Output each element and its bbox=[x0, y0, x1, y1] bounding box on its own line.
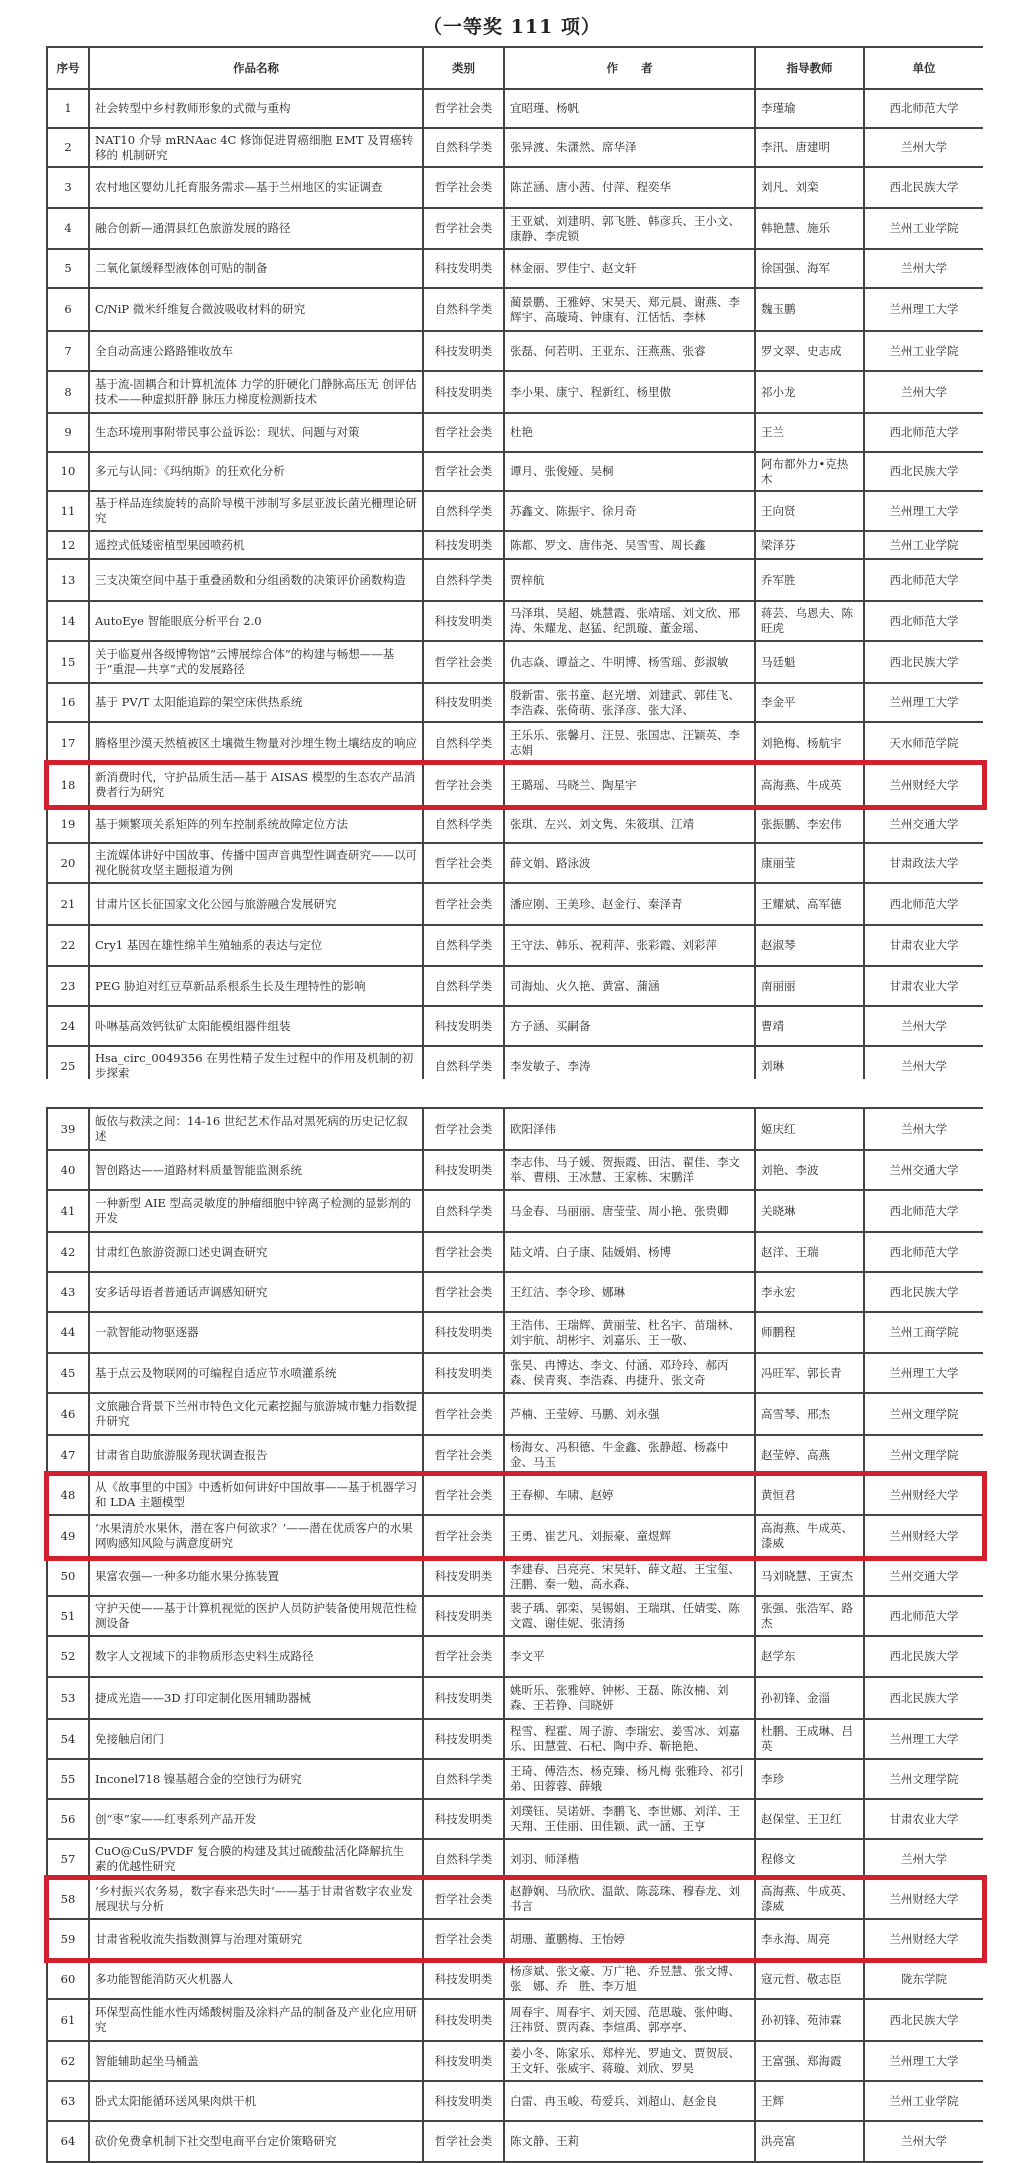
award-table-section-1: 序号 作品名称 类别 作 者 指导教师 单位 1社会转型中乡村教师形象的式微与重… bbox=[46, 46, 983, 1079]
row-unit: 甘肃农业大学 bbox=[864, 1799, 983, 1839]
row-unit-text: 甘肃政法大学 bbox=[870, 856, 978, 871]
row-authors: 张磊、何若明、王亚东、汪燕燕、张睿 bbox=[504, 331, 755, 371]
row-category-text: 科技发明类 bbox=[426, 1691, 501, 1706]
row-unit-text: 兰州理工大学 bbox=[870, 1366, 978, 1381]
row-teacher: 高海燕、牛成英、漆威 bbox=[755, 1515, 864, 1557]
row-category-text: 自然科学类 bbox=[426, 979, 501, 994]
row-title: 捷成光造——3D 打印定制化医用辅助器械 bbox=[89, 1677, 423, 1719]
table-row: 62智能辅助起坐马桶盖科技发明类姜小冬、陈家乐、郑梓光、罗迪文、贾贺辰、王文轩、… bbox=[47, 2041, 983, 2081]
table-row: 14AutoEye 智能眼底分析平台 2.0科技发明类马泽琪、吴超、姚慧霞、张靖… bbox=[47, 601, 983, 641]
row-teacher-text: 李汛、唐建明 bbox=[761, 140, 858, 155]
row-unit-text: 兰州工业学院 bbox=[870, 344, 978, 359]
row-category: 科技发明类 bbox=[423, 683, 504, 722]
row-teacher: 阿布都外力•克热木 bbox=[755, 452, 864, 491]
row-teacher: 徐国强、海军 bbox=[755, 249, 864, 288]
row-unit: 兰州文理学院 bbox=[864, 1393, 983, 1435]
row-teacher: 杜鹏、王成琳、吕英 bbox=[755, 1719, 864, 1759]
row-title-text: 卧式太阳能循环送风果肉烘干机 bbox=[95, 2094, 417, 2109]
row-authors-text: 方子涵、买嗣备 bbox=[510, 1019, 749, 1034]
row-title-text: 一种新型 AIE 型高灵敏度的肿瘤细胞中锌离子检测的显影剂的开发 bbox=[95, 1196, 417, 1226]
row-title-text: 智创路达——道路材料质量智能监测系统 bbox=[95, 1163, 417, 1178]
row-category: 自然科学类 bbox=[423, 806, 504, 843]
row-title: Cry1 基因在雄性绵羊生殖轴系的表达与定位 bbox=[89, 925, 423, 966]
row-authors: 杜艳 bbox=[504, 413, 755, 452]
row-category: 自然科学类 bbox=[423, 1759, 504, 1799]
table-row: 15关于临夏州各级博物馆“云博展综合体”的构建与畅想——基于“重混—共享”式的发… bbox=[47, 641, 983, 683]
row-title: PEG 胁迫对红豆草新品系根系生长及生理特性的影响 bbox=[89, 966, 423, 1006]
row-unit-text: 兰州大学 bbox=[870, 1059, 978, 1074]
row-unit-text: 西北师范大学 bbox=[870, 1245, 978, 1260]
row-title: 甘肃红色旅游资源口述史调查研究 bbox=[89, 1232, 423, 1272]
table-row: 11基于样品连续旋转的高阶导模干涉制写多层亚波长菌光栅理论研究自然科学类苏鑫文、… bbox=[47, 491, 983, 531]
row-teacher-text: 罗文翠、史志成 bbox=[761, 344, 858, 359]
row-seq-text: 57 bbox=[48, 1852, 88, 1867]
row-unit: 兰州大学 bbox=[864, 1046, 983, 1079]
row-authors: 王浩伟、王瑞辉、黄丽莹、杜名宇、苗瑞林、刘宇航、胡彬宇、刘嘉乐、王一敬、 bbox=[504, 1312, 755, 1353]
row-seq: 11 bbox=[47, 491, 89, 531]
row-authors-text: 李志伟、马子媛、贺振霞、田洁、翟佳、李文举、曹栩、王冰慧、王家栋、宋鹏洋 bbox=[510, 1155, 749, 1185]
table-row: 60多功能智能消防灭火机器人科技发明类杨彦斌、张文豪、万广艳、乔昱慧、张文博、张… bbox=[47, 1959, 983, 1999]
row-teacher: 冯旺军、郭长青 bbox=[755, 1353, 864, 1393]
table-row: 7全自动高速公路路锥收放车科技发明类张磊、何若明、王亚东、汪燕燕、张睿罗文翠、史… bbox=[47, 331, 983, 371]
row-unit-text: 兰州理工大学 bbox=[870, 1732, 978, 1747]
table-row: 6C/NiP 微米纤维复合微波吸收材料的研究自然科学类蔺景鹏、王雅婷、宋昊天、郑… bbox=[47, 288, 983, 331]
row-authors-text: 周春宇、周春宇、刘天园、范思璇、张仲晦、汪祎贤、贾丙森、李煊禹、郭亭亭、 bbox=[510, 2005, 749, 2035]
row-unit: 兰州大学 bbox=[864, 2121, 983, 2162]
row-title-text: 基于流-固耦合和计算机流体 力学的肝硬化门静脉高压无 创评估技术——种虚拟肝静 … bbox=[95, 377, 417, 407]
row-unit-text: 西北师范大学 bbox=[870, 425, 978, 440]
row-category: 自然科学类 bbox=[423, 491, 504, 531]
row-teacher: 王辉 bbox=[755, 2081, 864, 2121]
row-unit: 兰州财经大学 bbox=[864, 1919, 983, 1959]
row-teacher-text: 乔军胜 bbox=[761, 573, 858, 588]
row-seq-text: 49 bbox=[48, 1529, 88, 1544]
table-row: 41一种新型 AIE 型高灵敏度的肿瘤细胞中锌离子检测的显影剂的开发自然科学类马… bbox=[47, 1190, 983, 1232]
row-category-text: 科技发明类 bbox=[426, 1163, 501, 1178]
row-teacher: 师鹏程 bbox=[755, 1312, 864, 1353]
row-teacher-text: 孙初锋、金淄 bbox=[761, 1691, 858, 1706]
row-authors: 周春宇、周春宇、刘天园、范思璇、张仲晦、汪祎贤、贾丙森、李煊禹、郭亭亭、 bbox=[504, 1999, 755, 2041]
row-teacher: 赵学东 bbox=[755, 1636, 864, 1677]
row-authors-text: 王春柳、车啸、赵婷 bbox=[510, 1488, 749, 1503]
row-category-text: 自然科学类 bbox=[426, 1772, 501, 1787]
row-seq-text: 8 bbox=[48, 385, 88, 400]
table-row: 5二氧化氯缓释型液体创可贴的制备科技发明类林金丽、罗佳宁、赵文轩徐国强、海军兰州… bbox=[47, 249, 983, 288]
table-row: 4融合创新—通渭县红色旅游发展的路径哲学社会类王亚斌、刘建明、郭飞胜、韩彦兵、王… bbox=[47, 208, 983, 249]
row-seq-text: 45 bbox=[48, 1366, 88, 1381]
row-unit-text: 西北师范大学 bbox=[870, 897, 978, 912]
row-unit: 兰州工业学院 bbox=[864, 208, 983, 249]
row-teacher: 张振鹏、李宏伟 bbox=[755, 806, 864, 843]
table-row: 63卧式太阳能循环送风果肉烘干机科技发明类白雷、冉玉峻、苟爱兵、刘超山、赵金良王… bbox=[47, 2081, 983, 2121]
row-seq: 44 bbox=[47, 1312, 89, 1353]
row-teacher: 韩艳慧、施乐 bbox=[755, 208, 864, 249]
row-seq: 59 bbox=[47, 1919, 89, 1959]
row-category-text: 科技发明类 bbox=[426, 2013, 501, 2028]
row-seq-text: 1 bbox=[48, 101, 88, 116]
row-title-text: 全自动高速公路路锥收放车 bbox=[95, 344, 417, 359]
table-row: 51守护天使——基于计算机视觉的医护人员防护装备使用规范性检测设备科技发明类裴子… bbox=[47, 1596, 983, 1636]
row-title: 基于流-固耦合和计算机流体 力学的肝硬化门静脉高压无 创评估技术——种虚拟肝静 … bbox=[89, 371, 423, 413]
row-seq-text: 61 bbox=[48, 2013, 88, 2028]
row-category-text: 自然科学类 bbox=[426, 736, 501, 751]
row-teacher-text: 关晓琳 bbox=[761, 1204, 858, 1219]
row-authors: 芦楠、王莹婷、马鹏、刘永强 bbox=[504, 1393, 755, 1435]
row-category: 自然科学类 bbox=[423, 925, 504, 966]
row-title-text: 生态环境刑事附带民事公益诉讼：现状、问题与对策 bbox=[95, 425, 417, 440]
row-unit-text: 兰州文理学院 bbox=[870, 1772, 978, 1787]
row-seq-text: 64 bbox=[48, 2134, 88, 2149]
row-authors-text: 陆文靖、白子康、陆媛娟、杨博 bbox=[510, 1245, 749, 1260]
row-unit-text: 兰州工业学院 bbox=[870, 221, 978, 236]
row-teacher: 赵洋、王瑞 bbox=[755, 1232, 864, 1272]
row-authors-text: 王乐乐、张馨月、汪昱、张国忠、汪颖英、李志娟 bbox=[510, 728, 749, 758]
row-category: 科技发明类 bbox=[423, 601, 504, 641]
table-row: 9生态环境刑事附带民事公益诉讼：现状、问题与对策哲学社会类杜艳王兰西北师范大学 bbox=[47, 413, 983, 452]
row-teacher-text: 康丽莹 bbox=[761, 856, 858, 871]
row-teacher-text: 韩艳慧、施乐 bbox=[761, 221, 858, 236]
row-teacher: 李珍 bbox=[755, 1759, 864, 1799]
table-row: 2NAT10 介导 mRNAac 4C 修饰促进胃癌细胞 EMT 及胃癌转移的 … bbox=[47, 128, 983, 167]
row-title: 一款智能动物驱逐器 bbox=[89, 1312, 423, 1353]
row-unit-text: 西北师范大学 bbox=[870, 614, 978, 629]
row-category-text: 哲学社会类 bbox=[426, 1488, 501, 1503]
row-teacher-text: 徐国强、海军 bbox=[761, 261, 858, 276]
column-header-title: 作品名称 bbox=[89, 47, 423, 89]
row-authors: 张琪、左兴、刘文隽、朱筱琪、江靖 bbox=[504, 806, 755, 843]
row-unit: 兰州大学 bbox=[864, 1839, 983, 1879]
table-row: 8基于流-固耦合和计算机流体 力学的肝硬化门静脉高压无 创评估技术——种虚拟肝静… bbox=[47, 371, 983, 413]
row-title-text: 皈依与救渎之间：14-16 世纪艺术作品对黑死病的历史记忆叙述 bbox=[95, 1114, 417, 1144]
row-authors: 杨海女、冯积德、牛金鑫、张静超、杨淼中金、马玉 bbox=[504, 1435, 755, 1475]
row-seq: 41 bbox=[47, 1190, 89, 1232]
row-title-text: 守护天使——基于计算机视觉的医护人员防护装备使用规范性检测设备 bbox=[95, 1601, 417, 1631]
row-category-text: 自然科学类 bbox=[426, 1852, 501, 1867]
row-title-text: 基于频繁项关系矩阵的列车控制系统故障定位方法 bbox=[95, 817, 417, 832]
row-authors-text: 王勇、崔艺凡、刘振豪、童煜辉 bbox=[510, 1529, 749, 1544]
row-authors: 马泽琪、吴超、姚慧霞、张靖瑶、刘文欣、邢涛、朱耀龙、赵猛、纪凯璇、董金瑶、 bbox=[504, 601, 755, 641]
row-seq: 14 bbox=[47, 601, 89, 641]
row-category: 科技发明类 bbox=[423, 1596, 504, 1636]
row-authors-text: 王琦、傅浩杰、杨克臻、杨凡梅 张雅玲、祁引弟、田蓉蓉、薛娥 bbox=[510, 1764, 749, 1794]
row-unit: 陇东学院 bbox=[864, 1959, 983, 1999]
row-authors-text: 胡珊、董鹏梅、王怡婷 bbox=[510, 1932, 749, 1947]
row-title-text: 农村地区婴幼儿托育服务需求—基于兰州地区的实证调查 bbox=[95, 180, 417, 195]
row-authors: 刘羽、师泽楷 bbox=[504, 1839, 755, 1879]
row-teacher-text: 寇元哲、敬志臣 bbox=[761, 1972, 858, 1987]
row-unit-text: 兰州工业学院 bbox=[870, 2094, 978, 2109]
row-teacher: 关晓琳 bbox=[755, 1190, 864, 1232]
row-category-text: 科技发明类 bbox=[426, 1019, 501, 1034]
row-category: 哲学社会类 bbox=[423, 1108, 504, 1150]
row-title: 基于点云及物联网的可编程自适应节水喷灌系统 bbox=[89, 1353, 423, 1393]
row-seq: 43 bbox=[47, 1272, 89, 1312]
row-authors: 欧阳泽伟 bbox=[504, 1108, 755, 1150]
row-unit: 兰州财经大学 bbox=[864, 1515, 983, 1557]
row-title: 卟啉基高效钙钛矿太阳能模组器件组装 bbox=[89, 1006, 423, 1046]
row-category: 哲学社会类 bbox=[423, 1232, 504, 1272]
row-title: 融合创新—通渭县红色旅游发展的路径 bbox=[89, 208, 423, 249]
row-seq: 57 bbox=[47, 1839, 89, 1879]
table-row: 55Inconel718 镍基超合金的空蚀行为研究自然科学类王琦、傅浩杰、杨克臻… bbox=[47, 1759, 983, 1799]
row-category: 哲学社会类 bbox=[423, 843, 504, 883]
row-title: 智能辅助起坐马桶盖 bbox=[89, 2041, 423, 2081]
row-title: 甘肃省税收流失指数测算与治理对策研究 bbox=[89, 1919, 423, 1959]
row-seq: 4 bbox=[47, 208, 89, 249]
row-title: 腾格里沙漠天然植被区土壤微生物量对沙埋生物土壤结皮的响应 bbox=[89, 722, 423, 764]
row-category-text: 哲学社会类 bbox=[426, 1649, 501, 1664]
row-authors-text: 司海灿、火久艳、黄富、蒲涵 bbox=[510, 979, 749, 994]
row-seq: 39 bbox=[47, 1108, 89, 1150]
row-teacher-text: 蒋芸、乌恩夫、陈旺虎 bbox=[761, 606, 858, 636]
row-category: 哲学社会类 bbox=[423, 1475, 504, 1515]
row-seq: 9 bbox=[47, 413, 89, 452]
row-category: 哲学社会类 bbox=[423, 452, 504, 491]
row-teacher-text: 洪亮富 bbox=[761, 2134, 858, 2149]
row-authors-text: 李建春、吕亮亮、宋昊轩、薛文超、王宝玺、汪鹏、秦一勉、高永森、 bbox=[510, 1562, 749, 1592]
row-title-text: 甘肃省税收流失指数测算与治理对策研究 bbox=[95, 1932, 417, 1947]
row-title-text: Inconel718 镍基超合金的空蚀行为研究 bbox=[95, 1772, 417, 1787]
row-title: 生态环境刑事附带民事公益诉讼：现状、问题与对策 bbox=[89, 413, 423, 452]
row-seq: 10 bbox=[47, 452, 89, 491]
row-unit: 兰州文理学院 bbox=[864, 1435, 983, 1475]
row-authors-text: 张琪、左兴、刘文隽、朱筱琪、江靖 bbox=[510, 817, 749, 832]
row-unit: 西北民族大学 bbox=[864, 1999, 983, 2041]
row-title-text: 甘肃红色旅游资源口述史调查研究 bbox=[95, 1245, 417, 1260]
row-authors-text: 张异渡、朱潇然、席华泽 bbox=[510, 140, 749, 155]
row-seq-text: 20 bbox=[48, 856, 88, 871]
award-table-section-2: 39皈依与救渎之间：14-16 世纪艺术作品对黑死病的历史记忆叙述哲学社会类欧阳… bbox=[46, 1107, 983, 2163]
row-seq-text: 17 bbox=[48, 736, 88, 751]
row-seq: 20 bbox=[47, 843, 89, 883]
row-seq-text: 52 bbox=[48, 1649, 88, 1664]
row-teacher: 梁泽芬 bbox=[755, 531, 864, 559]
row-teacher: 李汛、唐建明 bbox=[755, 128, 864, 167]
table-row: 16基于 PV/T 太阳能追踪的架空床供热系统科技发明类殷新雷、张书童、赵光增、… bbox=[47, 683, 983, 722]
row-unit-text: 西北民族大学 bbox=[870, 1691, 978, 1706]
row-unit: 兰州大学 bbox=[864, 371, 983, 413]
row-teacher-text: 高海燕、牛成英 bbox=[761, 778, 858, 793]
row-seq-text: 2 bbox=[48, 140, 88, 155]
row-unit-text: 西北师范大学 bbox=[870, 1204, 978, 1219]
table-row: 12遥控式低矮密植型果园喷药机科技发明类陈都、罗文、唐伟尧、吴雪雪、周长鑫梁泽芬… bbox=[47, 531, 983, 559]
row-seq: 54 bbox=[47, 1719, 89, 1759]
row-category-text: 哲学社会类 bbox=[426, 655, 501, 670]
row-teacher: 南丽丽 bbox=[755, 966, 864, 1006]
row-category-text: 科技发明类 bbox=[426, 2094, 501, 2109]
table-row: 20主流媒体讲好中国故事、传播中国声音典型性调查研究——以可视化脱贫攻坚主题报道… bbox=[47, 843, 983, 883]
row-teacher-text: 赵淑琴 bbox=[761, 938, 858, 953]
row-teacher-text: 高海燕、牛成英、漆威 bbox=[761, 1521, 858, 1551]
row-seq: 19 bbox=[47, 806, 89, 843]
row-category-text: 科技发明类 bbox=[426, 614, 501, 629]
row-unit: 西北民族大学 bbox=[864, 1636, 983, 1677]
row-unit-text: 兰州理工大学 bbox=[870, 695, 978, 710]
row-category-text: 科技发明类 bbox=[426, 538, 501, 553]
row-unit: 兰州大学 bbox=[864, 249, 983, 288]
row-seq-text: 15 bbox=[48, 655, 88, 670]
row-unit-text: 兰州大学 bbox=[870, 1122, 978, 1137]
row-authors-text: 王红洁、李令珍、娜琳 bbox=[510, 1285, 749, 1300]
row-seq: 5 bbox=[47, 249, 89, 288]
row-authors: 林金丽、罗佳宁、赵文轩 bbox=[504, 249, 755, 288]
row-category: 哲学社会类 bbox=[423, 764, 504, 806]
row-authors: 王勇、崔艺凡、刘振豪、童煜辉 bbox=[504, 1515, 755, 1557]
row-teacher: 李永宏 bbox=[755, 1272, 864, 1312]
row-authors: 赵静娴、马欣欣、温歆、陈蕊珠、穆春龙、刘书言 bbox=[504, 1879, 755, 1919]
row-authors-text: 张磊、何若明、王亚东、汪燕燕、张睿 bbox=[510, 344, 749, 359]
row-title-text: Cry1 基因在雄性绵羊生殖轴系的表达与定位 bbox=[95, 938, 417, 953]
row-title: ‘乡村振兴农务易，数字春来恐失时’——基于甘肃省数字农业发展现状与分析 bbox=[89, 1879, 423, 1919]
row-category-text: 科技发明类 bbox=[426, 1569, 501, 1584]
row-title: 皈依与救渎之间：14-16 世纪艺术作品对黑死病的历史记忆叙述 bbox=[89, 1108, 423, 1150]
row-category-text: 自然科学类 bbox=[426, 504, 501, 519]
row-unit: 兰州理工大学 bbox=[864, 2041, 983, 2081]
row-teacher: 高海燕、牛成英、漆威 bbox=[755, 1879, 864, 1919]
row-unit-text: 西北师范大学 bbox=[870, 573, 978, 588]
row-category: 哲学社会类 bbox=[423, 1435, 504, 1475]
table-row: 23PEG 胁迫对红豆草新品系根系生长及生理特性的影响自然科学类司海灿、火久艳、… bbox=[47, 966, 983, 1006]
row-unit-text: 西北民族大学 bbox=[870, 1649, 978, 1664]
row-authors: 胡珊、董鹏梅、王怡婷 bbox=[504, 1919, 755, 1959]
row-unit-text: 西北师范大学 bbox=[870, 1609, 978, 1624]
row-title: C/NiP 微米纤维复合微波吸收材料的研究 bbox=[89, 288, 423, 331]
row-unit: 甘肃政法大学 bbox=[864, 843, 983, 883]
row-authors-text: 马金春、马丽丽、唐莹莹、周小艳、张贵卿 bbox=[510, 1204, 749, 1219]
row-teacher-text: 曹靖 bbox=[761, 1019, 858, 1034]
row-authors: 潘应刚、王美珍、赵金行、秦泽青 bbox=[504, 883, 755, 925]
row-category: 哲学社会类 bbox=[423, 413, 504, 452]
row-teacher-text: 冯旺军、郭长青 bbox=[761, 1366, 858, 1381]
row-unit-text: 兰州理工大学 bbox=[870, 302, 978, 317]
row-teacher-text: 刘琳 bbox=[761, 1059, 858, 1074]
row-teacher: 李瑾瑜 bbox=[755, 89, 864, 128]
row-title-text: AutoEye 智能眼底分析平台 2.0 bbox=[95, 614, 417, 629]
row-title-text: PEG 胁迫对红豆草新品系根系生长及生理特性的影响 bbox=[95, 979, 417, 994]
row-title-text: 融合创新—通渭县红色旅游发展的路径 bbox=[95, 221, 417, 236]
table-row: 21甘肃片区长征国家文化公园与旅游融合发展研究哲学社会类潘应刚、王美珍、赵金行、… bbox=[47, 883, 983, 925]
award-table: 序号 作品名称 类别 作 者 指导教师 单位 1社会转型中乡村教师形象的式微与重… bbox=[46, 46, 983, 1079]
table-row: 25Hsa_circ_0049356 在男性精子发生过程中的作用及机制的初步探索… bbox=[47, 1046, 983, 1079]
row-teacher-text: 高雪琴、邢杰 bbox=[761, 1407, 858, 1422]
row-teacher: 王耀斌、高军德 bbox=[755, 883, 864, 925]
row-category: 科技发明类 bbox=[423, 1677, 504, 1719]
row-teacher: 程修文 bbox=[755, 1839, 864, 1879]
row-title: CuO@CuS/PVDF 复合膜的构建及其过硫酸盐活化降解抗生 素的优越性研究 bbox=[89, 1839, 423, 1879]
row-category: 哲学社会类 bbox=[423, 2121, 504, 2162]
row-authors-text: 刘羽、师泽楷 bbox=[510, 1852, 749, 1867]
row-seq-text: 55 bbox=[48, 1772, 88, 1787]
row-unit-text: 兰州大学 bbox=[870, 1019, 978, 1034]
row-title: 卧式太阳能循环送风果肉烘干机 bbox=[89, 2081, 423, 2121]
row-category-text: 哲学社会类 bbox=[426, 856, 501, 871]
row-unit-text: 西北民族大学 bbox=[870, 180, 978, 195]
row-teacher: 刘凡、刘栾 bbox=[755, 167, 864, 208]
row-category-text: 自然科学类 bbox=[426, 573, 501, 588]
row-seq-text: 51 bbox=[48, 1609, 88, 1624]
row-title-text: 创“枣”家——红枣系列产品开发 bbox=[95, 1812, 417, 1827]
row-authors-text: 蔺景鹏、王雅婷、宋昊天、郑元晨、谢燕、李辉宇、高璇琦、钟康有、江恬恬、李林 bbox=[510, 295, 749, 325]
row-seq: 42 bbox=[47, 1232, 89, 1272]
row-seq-text: 16 bbox=[48, 695, 88, 710]
row-unit-text: 西北民族大学 bbox=[870, 2013, 978, 2028]
row-title-text: 免接触启闭门 bbox=[95, 1732, 417, 1747]
row-title: NAT10 介导 mRNAac 4C 修饰促进胃癌细胞 EMT 及胃癌转移的 机… bbox=[89, 128, 423, 167]
row-category-text: 自然科学类 bbox=[426, 140, 501, 155]
row-authors-text: 贾梓航 bbox=[510, 573, 749, 588]
row-category: 自然科学类 bbox=[423, 288, 504, 331]
row-seq: 24 bbox=[47, 1006, 89, 1046]
row-unit-text: 兰州财经大学 bbox=[870, 1932, 978, 1947]
row-authors: 谭月、张俊娅、吴桐 bbox=[504, 452, 755, 491]
row-title-text: 果富农强—一种多功能水果分拣装置 bbox=[95, 1569, 417, 1584]
row-authors: 陈文静、王莉 bbox=[504, 2121, 755, 2162]
row-title-text: 基于 PV/T 太阳能追踪的架空床供热系统 bbox=[95, 695, 417, 710]
table-row: 44一款智能动物驱逐器科技发明类王浩伟、王瑞辉、黄丽莹、杜名宇、苗瑞林、刘宇航、… bbox=[47, 1312, 983, 1353]
row-seq: 16 bbox=[47, 683, 89, 722]
row-category: 自然科学类 bbox=[423, 1046, 504, 1079]
table-row: 1社会转型中乡村教师形象的式微与重构哲学社会类宜昭瑾、杨帆李瑾瑜西北师范大学 bbox=[47, 89, 983, 128]
row-title-text: 主流媒体讲好中国故事、传播中国声音典型性调查研究——以可视化脱贫攻坚主题报道为例 bbox=[95, 848, 417, 878]
row-title: 基于频繁项关系矩阵的列车控制系统故障定位方法 bbox=[89, 806, 423, 843]
row-teacher-text: 王耀斌、高军德 bbox=[761, 897, 858, 912]
row-unit-text: 天水师范学院 bbox=[870, 736, 978, 751]
row-title: 基于 PV/T 太阳能追踪的架空床供热系统 bbox=[89, 683, 423, 722]
row-category-text: 哲学社会类 bbox=[426, 1245, 501, 1260]
row-category-text: 自然科学类 bbox=[426, 1204, 501, 1219]
row-teacher: 马刘晓慧、王寅杰 bbox=[755, 1557, 864, 1596]
table-row: 45基于点云及物联网的可编程自适应节水喷灌系统科技发明类张昊、冉博达、李文、付涵… bbox=[47, 1353, 983, 1393]
row-teacher-text: 李永宏 bbox=[761, 1285, 858, 1300]
row-unit: 西北师范大学 bbox=[864, 1596, 983, 1636]
row-teacher: 洪亮富 bbox=[755, 2121, 864, 2162]
row-title-text: 砍价免费拿机制下社交型电商平台定价策略研究 bbox=[95, 2134, 417, 2149]
row-teacher-text: 马刘晓慧、王寅杰 bbox=[761, 1569, 858, 1584]
row-authors: 苏鑫文、陈振宇、徐月奇 bbox=[504, 491, 755, 531]
row-category-text: 科技发明类 bbox=[426, 695, 501, 710]
row-unit: 兰州理工大学 bbox=[864, 288, 983, 331]
row-teacher-text: 南丽丽 bbox=[761, 979, 858, 994]
row-authors: 陈都、罗文、唐伟尧、吴雪雪、周长鑫 bbox=[504, 531, 755, 559]
row-authors-text: 宜昭瑾、杨帆 bbox=[510, 101, 749, 116]
row-teacher: 罗文翠、史志成 bbox=[755, 331, 864, 371]
row-teacher: 刘琳 bbox=[755, 1046, 864, 1079]
row-authors-text: 欧阳泽伟 bbox=[510, 1122, 749, 1137]
row-seq: 25 bbox=[47, 1046, 89, 1079]
row-title-text: 从《故事里的中国》中透析如何讲好中国故事——基于机器学习和 LDA 主题模型 bbox=[95, 1480, 417, 1510]
row-teacher: 高海燕、牛成英 bbox=[755, 764, 864, 806]
row-authors: 陈芷涵、唐小茜、付萍、程奕华 bbox=[504, 167, 755, 208]
row-authors: 王亚斌、刘建明、郭飞胜、韩彦兵、王小文、康静、李虎锁 bbox=[504, 208, 755, 249]
row-seq: 46 bbox=[47, 1393, 89, 1435]
row-title-text: 二氧化氯缓释型液体创可贴的制备 bbox=[95, 261, 417, 276]
row-category: 科技发明类 bbox=[423, 1959, 504, 1999]
row-category-text: 哲学社会类 bbox=[426, 1407, 501, 1422]
row-teacher-text: 李永海、周亮 bbox=[761, 1932, 858, 1947]
row-authors-text: 刘璞钰、吴诺妍、李鹏飞、李世娜、刘洋、王天翔、王佳丽、田佳颖、武一涵、王亨 bbox=[510, 1804, 749, 1834]
row-teacher-text: 程修文 bbox=[761, 1852, 858, 1867]
row-authors-text: 姜小冬、陈家乐、郑梓光、罗迪文、贾贺辰、王文轩、张威宇、蒋璇、刘欣、罗昊 bbox=[510, 2046, 749, 2076]
row-teacher: 张强、张浩军、路杰 bbox=[755, 1596, 864, 1636]
column-header-unit: 单位 bbox=[864, 47, 983, 89]
row-authors-text: 薛文娟、路泳波 bbox=[510, 856, 749, 871]
row-unit: 兰州交通大学 bbox=[864, 1557, 983, 1596]
row-category: 自然科学类 bbox=[423, 559, 504, 601]
row-unit-text: 兰州理工大学 bbox=[870, 504, 978, 519]
row-seq: 13 bbox=[47, 559, 89, 601]
row-teacher-text: 刘凡、刘栾 bbox=[761, 180, 858, 195]
row-seq: 50 bbox=[47, 1557, 89, 1596]
